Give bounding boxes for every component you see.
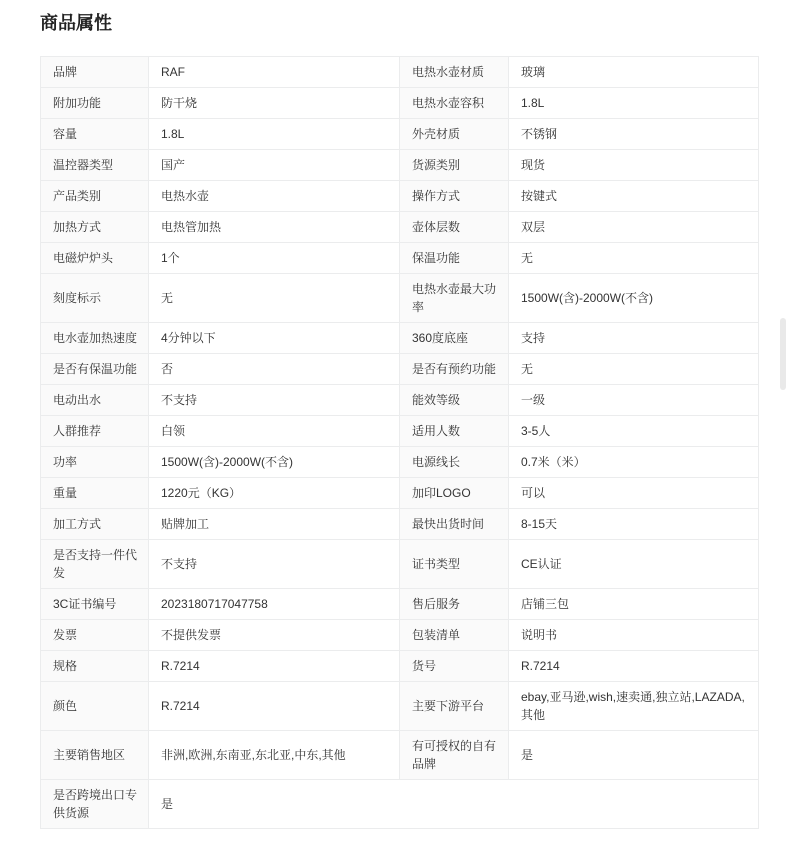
attr-value: 1500W(含)-2000W(不含): [509, 274, 759, 323]
table-row: 发票不提供发票包装清单说明书: [41, 620, 759, 651]
attr-value: 现货: [509, 150, 759, 181]
table-row: 附加功能防干烧电热水壶容积1.8L: [41, 88, 759, 119]
attr-value: 0.7米（米）: [509, 447, 759, 478]
table-row: 规格R.7214货号R.7214: [41, 651, 759, 682]
attr-label: 360度底座: [400, 323, 509, 354]
attr-label: 货源类别: [400, 150, 509, 181]
attr-label: 证书类型: [400, 540, 509, 589]
attr-label: 规格: [41, 651, 149, 682]
attr-value: 4分钟以下: [149, 323, 400, 354]
attr-label: 电热水壶最大功率: [400, 274, 509, 323]
attr-label: 加印LOGO: [400, 478, 509, 509]
attr-label: 操作方式: [400, 181, 509, 212]
attr-value: R.7214: [149, 682, 400, 731]
attr-value: 玻璃: [509, 57, 759, 88]
table-row: 加热方式电热管加热壶体层数双层: [41, 212, 759, 243]
table-row: 功率1500W(含)-2000W(不含)电源线长0.7米（米）: [41, 447, 759, 478]
attr-value: 不支持: [149, 385, 400, 416]
attr-label: 电热水壶容积: [400, 88, 509, 119]
attr-label: 是否有保温功能: [41, 354, 149, 385]
attr-label: 温控器类型: [41, 150, 149, 181]
attr-value: 贴牌加工: [149, 509, 400, 540]
attr-label: 电热水壶材质: [400, 57, 509, 88]
attr-label: 电水壶加热速度: [41, 323, 149, 354]
attr-value: 不支持: [149, 540, 400, 589]
table-row: 电动出水不支持能效等级一级: [41, 385, 759, 416]
attr-label: 能效等级: [400, 385, 509, 416]
scrollbar-thumb[interactable]: [780, 318, 786, 390]
attr-value: 无: [509, 354, 759, 385]
attr-value: 1220元（KG）: [149, 478, 400, 509]
page-title: 商品属性: [40, 10, 758, 36]
attr-value: 国产: [149, 150, 400, 181]
attr-value: 不锈钢: [509, 119, 759, 150]
table-body: 品牌RAF电热水壶材质玻璃附加功能防干烧电热水壶容积1.8L容量1.8L外壳材质…: [41, 57, 759, 829]
table-row: 品牌RAF电热水壶材质玻璃: [41, 57, 759, 88]
attr-value: RAF: [149, 57, 400, 88]
attr-value: 电热管加热: [149, 212, 400, 243]
table-row: 电磁炉炉头1个保温功能无: [41, 243, 759, 274]
attr-label: 货号: [400, 651, 509, 682]
table-row: 加工方式贴牌加工最快出货时间8-15天: [41, 509, 759, 540]
attr-label: 售后服务: [400, 589, 509, 620]
table-row: 是否有保温功能否是否有预约功能无: [41, 354, 759, 385]
attr-value: 2023180717047758: [149, 589, 400, 620]
table-row: 是否支持一件代发不支持证书类型CE认证: [41, 540, 759, 589]
attr-label: 重量: [41, 478, 149, 509]
table-row: 重量1220元（KG）加印LOGO可以: [41, 478, 759, 509]
attr-value: 白领: [149, 416, 400, 447]
attr-value: 不提供发票: [149, 620, 400, 651]
attr-value: 一级: [509, 385, 759, 416]
attr-label: 主要销售地区: [41, 731, 149, 780]
attr-label: 容量: [41, 119, 149, 150]
attr-label: 产品类别: [41, 181, 149, 212]
attr-value: 可以: [509, 478, 759, 509]
attr-value: 无: [149, 274, 400, 323]
attr-label: 是否有预约功能: [400, 354, 509, 385]
table-row: 容量1.8L外壳材质不锈钢: [41, 119, 759, 150]
attr-value: 非洲,欧洲,东南亚,东北亚,中东,其他: [149, 731, 400, 780]
attr-value: 双层: [509, 212, 759, 243]
table-row: 3C证书编号2023180717047758售后服务店铺三包: [41, 589, 759, 620]
attr-label: 电源线长: [400, 447, 509, 478]
table-row: 电水壶加热速度4分钟以下360度底座支持: [41, 323, 759, 354]
table-row: 是否跨境出口专供货源是: [41, 780, 759, 829]
table-row: 颜色R.7214主要下游平台ebay,亚马逊,wish,速卖通,独立站,LAZA…: [41, 682, 759, 731]
attr-label: 电动出水: [41, 385, 149, 416]
attr-value: 支持: [509, 323, 759, 354]
attr-value: 1500W(含)-2000W(不含): [149, 447, 400, 478]
attr-label: 电磁炉炉头: [41, 243, 149, 274]
table-row: 人群推荐白领适用人数3-5人: [41, 416, 759, 447]
attr-label: 外壳材质: [400, 119, 509, 150]
attr-label: 最快出货时间: [400, 509, 509, 540]
attr-label: 有可授权的自有品牌: [400, 731, 509, 780]
attr-label: 加工方式: [41, 509, 149, 540]
attr-value: 8-15天: [509, 509, 759, 540]
attr-label: 加热方式: [41, 212, 149, 243]
product-attributes-page: 商品属性 品牌RAF电热水壶材质玻璃附加功能防干烧电热水壶容积1.8L容量1.8…: [0, 0, 787, 866]
attr-label: 包装清单: [400, 620, 509, 651]
table-row: 主要销售地区非洲,欧洲,东南亚,东北亚,中东,其他有可授权的自有品牌是: [41, 731, 759, 780]
attr-label: 适用人数: [400, 416, 509, 447]
product-attributes-table: 品牌RAF电热水壶材质玻璃附加功能防干烧电热水壶容积1.8L容量1.8L外壳材质…: [40, 56, 759, 829]
attr-value: 无: [509, 243, 759, 274]
attr-value: 按键式: [509, 181, 759, 212]
attr-value: 1.8L: [149, 119, 400, 150]
attr-value: ebay,亚马逊,wish,速卖通,独立站,LAZADA,其他: [509, 682, 759, 731]
attr-label: 发票: [41, 620, 149, 651]
attr-value: R.7214: [149, 651, 400, 682]
attr-label: 附加功能: [41, 88, 149, 119]
attr-label: 3C证书编号: [41, 589, 149, 620]
table-row: 产品类别电热水壶操作方式按键式: [41, 181, 759, 212]
attr-label: 是否支持一件代发: [41, 540, 149, 589]
attr-value: 说明书: [509, 620, 759, 651]
attr-label: 人群推荐: [41, 416, 149, 447]
attr-label: 主要下游平台: [400, 682, 509, 731]
attr-value: 防干烧: [149, 88, 400, 119]
attr-value: 电热水壶: [149, 181, 400, 212]
attr-value: R.7214: [509, 651, 759, 682]
table-row: 刻度标示无电热水壶最大功率1500W(含)-2000W(不含): [41, 274, 759, 323]
attr-label: 品牌: [41, 57, 149, 88]
attr-value: 是: [509, 731, 759, 780]
attr-label: 颜色: [41, 682, 149, 731]
attr-label: 壶体层数: [400, 212, 509, 243]
attr-value: 是: [149, 780, 759, 829]
attr-value: 1个: [149, 243, 400, 274]
table-row: 温控器类型国产货源类别现货: [41, 150, 759, 181]
attr-value: 1.8L: [509, 88, 759, 119]
attr-value: 3-5人: [509, 416, 759, 447]
attr-value: 否: [149, 354, 400, 385]
attr-label: 保温功能: [400, 243, 509, 274]
attr-label: 功率: [41, 447, 149, 478]
attr-label: 刻度标示: [41, 274, 149, 323]
attr-value: CE认证: [509, 540, 759, 589]
attr-label: 是否跨境出口专供货源: [41, 780, 149, 829]
attr-value: 店铺三包: [509, 589, 759, 620]
